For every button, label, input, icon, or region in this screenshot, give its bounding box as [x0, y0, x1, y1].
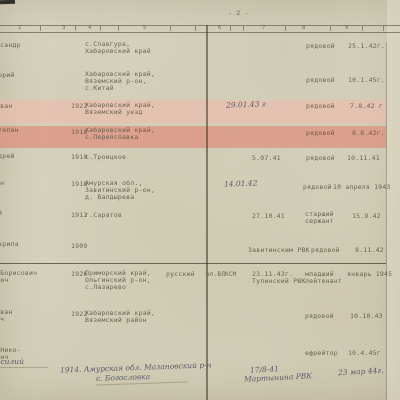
record-nationality: русский — [166, 271, 195, 278]
document-content: - 2 - 2 3 4 5 6 7 8 9 ксандр с.Славгура,… — [0, 0, 400, 400]
scanned-document-page: - 2 - 2 3 4 5 6 7 8 9 ксандр с.Славгура,… — [0, 0, 400, 400]
ruler-tick — [195, 26, 196, 31]
record-place: Хабаровский край, Вяземский уезд — [85, 102, 155, 116]
section-separator-line — [0, 263, 386, 264]
ruler-digit: 9 — [345, 25, 348, 31]
record-place: Амурская обл., Завитинский р-он, д. Валд… — [85, 180, 155, 202]
handwritten-right-note-line2: Мартынина РВК — [244, 372, 312, 384]
record-party: чл.ВЛКСМ — [206, 271, 237, 278]
ruler-digit: 3 — [62, 25, 65, 31]
record-name: ин й — [0, 180, 4, 194]
record-rank: рядовой — [306, 130, 335, 137]
ruler-digit: 4 — [88, 25, 91, 31]
handwritten-underline — [0, 367, 48, 368]
record-date: 10.10.43 — [350, 313, 383, 320]
record-date: 8.8.42г. — [352, 130, 385, 137]
record-rank: рядовой — [306, 43, 335, 50]
record-name: ксандр — [0, 42, 21, 49]
ruler-tick — [118, 26, 119, 31]
record-date: 8.11.42 — [355, 247, 384, 254]
record-rank: рядовой — [303, 184, 332, 191]
record-drafted-by: Завитинским РВК — [248, 247, 310, 254]
ruler-digit: 6 — [218, 25, 221, 31]
ruler-tick — [330, 26, 331, 31]
ruler-tick — [362, 26, 363, 31]
ruler-tick — [100, 26, 101, 31]
record-date: 10 апреля 1943 — [333, 184, 391, 191]
handwritten-center-note-line2: с. Богословка — [96, 373, 150, 383]
record-name: Степан ч — [0, 127, 19, 141]
record-date: 10.4.45г — [348, 350, 381, 357]
ruler-digit: 2 — [18, 25, 21, 31]
record-place: с.Троицкое — [85, 154, 126, 161]
record-rank: рядовой — [306, 77, 335, 84]
record-draft-date: 27.10.41 — [252, 213, 285, 220]
record-date: 10.11.41 — [347, 155, 380, 162]
ruler-line-bottom — [0, 32, 400, 33]
record-place: Хабаровский край, Вяземский район — [85, 310, 155, 324]
record-name: горий ч — [0, 72, 15, 86]
page-number: - 2 - — [228, 10, 249, 17]
ruler-line-top — [0, 25, 400, 26]
record-year: 1909 — [71, 243, 87, 250]
record-rank: рядовой — [306, 155, 335, 162]
record-rank: рядовой — [311, 247, 340, 254]
record-name: ей ч — [0, 210, 2, 224]
record-handwritten-date: 14.01.42 — [224, 179, 258, 188]
handwritten-right-date: 23 мар 44г. — [338, 367, 384, 377]
ruler-tick — [230, 26, 231, 31]
record-place: Хабаровский край, Вяземский р-он, с.Кита… — [85, 71, 155, 93]
record-name: ндрей ч — [0, 153, 15, 167]
ruler-tick — [243, 26, 244, 31]
record-name: Иван — [0, 103, 12, 110]
record-date: январь 1945 — [347, 271, 392, 278]
record-name: Иван ич — [0, 309, 12, 323]
page-edge-line — [386, 42, 387, 400]
record-handwritten-date: 29.01.43 г — [226, 100, 266, 109]
ruler-tick — [75, 26, 76, 31]
record-place: Приморский край, Ольгинский р-он, с.Лаза… — [85, 270, 151, 292]
record-date: 25.1.42г. — [348, 43, 385, 50]
record-place: Хабаровский край, с.Переяславка — [85, 127, 155, 141]
record-rank: ефрейтор — [305, 350, 338, 357]
ruler-digit: 7 — [262, 25, 265, 31]
record-date: 7.8.42 г — [350, 103, 383, 110]
ruler-tick — [383, 26, 384, 31]
record-name: аврила ч — [0, 241, 19, 255]
record-rank: рядовой — [305, 313, 334, 320]
handwritten-left-name: асилий — [0, 358, 24, 366]
record-name: й Борисович евич — [0, 270, 37, 284]
record-rank: младший лейтенант — [305, 271, 342, 285]
record-draft-date: 5.07.41 — [252, 155, 281, 162]
record-place: с.Славгура, Хабаровский край — [85, 41, 151, 55]
ruler-tick — [170, 26, 171, 31]
ruler-tick — [285, 26, 286, 31]
record-date: 15.9.42 — [352, 213, 381, 220]
record-rank: старший сержант — [305, 211, 334, 225]
record-place: г.Саратов — [85, 212, 122, 219]
ruler-tick — [40, 26, 41, 31]
table-gutter-line — [206, 25, 208, 400]
ruler-digit: 8 — [302, 25, 305, 31]
record-date: 10.1.45г. — [348, 77, 385, 84]
ruler-digit: 5 — [143, 25, 146, 31]
record-rank: рядовой — [306, 103, 335, 110]
record-drafted-by: 23.11.43г. Тулинский РВК — [252, 271, 305, 285]
